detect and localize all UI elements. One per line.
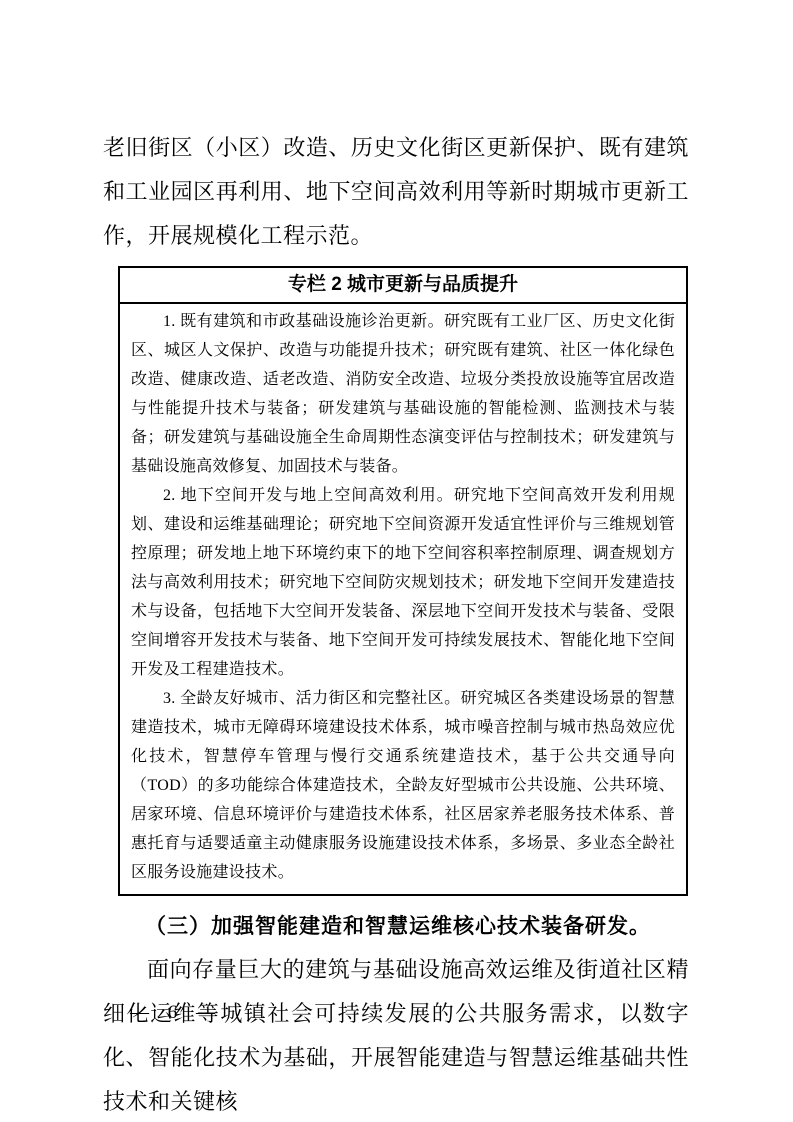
callout-body: 1. 既有建筑和市政基础设施诊治更新。研究既有工业厂区、历史文化街区、城区人文保… [120,304,686,894]
section-heading: （三）加强智能建造和智慧运维核心技术装备研发。 [103,904,689,948]
intro-paragraph: 老旧街区（小区）改造、历史文化街区更新保护、既有建筑和工业园区再利用、地下空间高… [103,126,689,258]
callout-paragraph-1: 1. 既有建筑和市政基础设施诊治更新。研究既有工业厂区、历史文化街区、城区人文保… [131,307,675,481]
document-page: 老旧街区（小区）改造、历史文化街区更新保护、既有建筑和工业园区再利用、地下空间高… [0,0,793,1122]
page-number: — 6 — [130,1000,217,1026]
callout-paragraph-3: 3. 全龄友好城市、活力街区和完整社区。研究城区各类建设场景的智慧建造技术，城市… [131,684,675,887]
callout-title: 专栏 2 城市更新与品质提升 [120,268,686,304]
callout-paragraph-2: 2. 地下空间开发与地上空间高效利用。研究地下空间高效开发利用规划、建设和运维基… [131,481,675,684]
callout-box-urban-renewal: 专栏 2 城市更新与品质提升 1. 既有建筑和市政基础设施诊治更新。研究既有工业… [118,266,688,896]
body-paragraph: 面向存量巨大的建筑与基础设施高效运维及街道社区精细化运维等城镇社会可持续发展的公… [103,948,689,1122]
